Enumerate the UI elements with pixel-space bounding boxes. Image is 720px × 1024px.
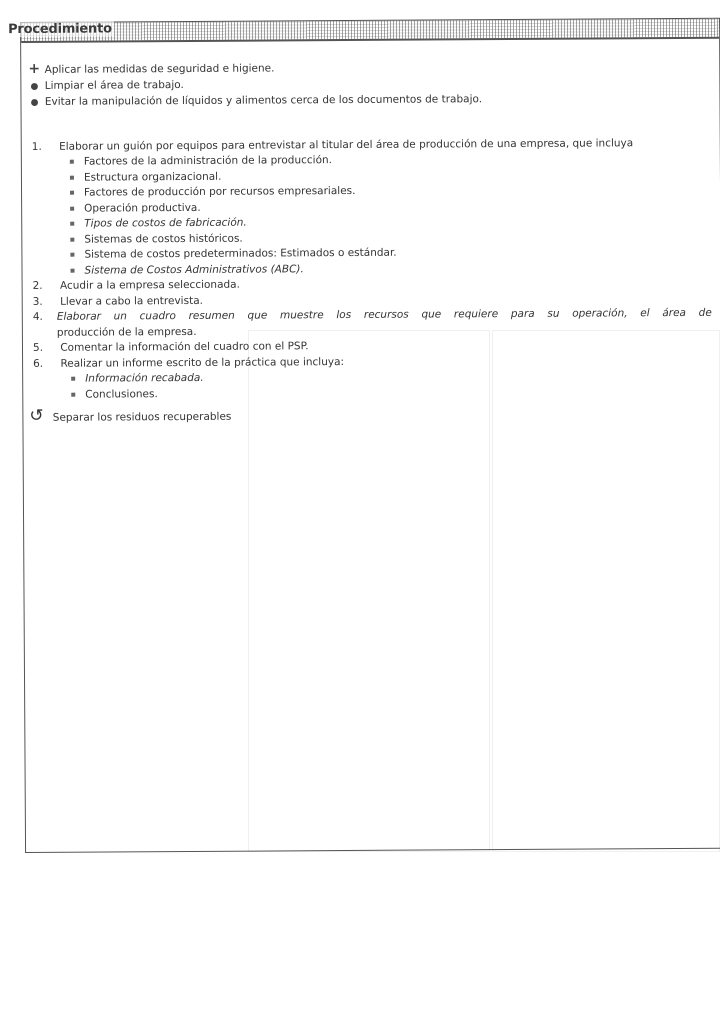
sub-item-text: Sistemas de costos históricos.	[84, 232, 242, 245]
safety-text: Limpiar el área de trabajo.	[45, 79, 184, 92]
square-bullet-icon	[71, 392, 75, 396]
procedure-box: Procedimiento + Aplicar las medidas de s…	[20, 18, 720, 853]
sub-item-text: Sistema de Costos Administrativos (ABC).	[84, 263, 303, 276]
section-header-bar: Procedimiento	[21, 18, 719, 43]
sub-item-text: Estructura organizacional.	[84, 170, 222, 183]
safety-text: Evitar la manipulación de líquidos y ali…	[45, 93, 482, 108]
step-number: 5.	[29, 341, 57, 357]
sub-item-text: Factores de la administración de la prod…	[84, 154, 332, 168]
sub-item-text: Factores de producción por recursos empr…	[84, 185, 355, 199]
step-number: 1.	[28, 139, 56, 155]
sub-item-text: Tipos de costos de fabricación.	[84, 217, 247, 230]
sub-item-text: Operación productiva.	[84, 201, 201, 214]
step-number: 3.	[29, 294, 57, 310]
sub-item: Conclusiones.	[29, 383, 714, 403]
square-bullet-icon	[70, 237, 74, 241]
square-bullet-icon	[70, 206, 74, 210]
square-bullet-icon	[70, 222, 74, 226]
section-title: Procedimiento	[8, 21, 114, 37]
plus-icon: +	[27, 62, 41, 78]
step-text: Elaborar un guión por equipos para entre…	[59, 137, 633, 153]
square-bullet-icon	[70, 160, 74, 164]
safety-text: Aplicar las medidas de seguridad e higie…	[45, 62, 275, 75]
step-text: Realizar un informe escrito de la prácti…	[60, 356, 344, 370]
closing-item: ↺ Separar los residuos recuperables	[29, 405, 714, 427]
recycle-icon: ↺	[29, 409, 49, 425]
step-continuation-text: producción de la empresa.	[57, 325, 197, 338]
sub-item-text: Información recabada.	[85, 372, 204, 385]
step-number: 2.	[29, 279, 57, 295]
step-text: Llevar a cabo la entrevista.	[60, 294, 203, 307]
square-bullet-icon	[70, 175, 74, 179]
square-bullet-icon	[70, 191, 74, 195]
bullet-icon: ●	[27, 96, 41, 112]
procedure-content: + Aplicar las medidas de seguridad e hig…	[27, 58, 714, 427]
step-number: 6.	[29, 356, 57, 372]
step-text: Acudir a la empresa seleccionada.	[60, 279, 240, 292]
square-bullet-icon	[71, 377, 75, 381]
square-bullet-icon	[70, 253, 74, 257]
sub-item-text: Conclusiones.	[85, 388, 158, 400]
sub-item-text: Sistema de costos predeterminados: Estim…	[84, 247, 396, 261]
square-bullet-icon	[71, 268, 75, 272]
closing-text: Separar los residuos recuperables	[53, 411, 232, 424]
step-text: Comentar la información del cuadro con e…	[60, 340, 308, 354]
step-number: 4.	[29, 310, 57, 326]
bullet-icon: ●	[27, 79, 41, 95]
